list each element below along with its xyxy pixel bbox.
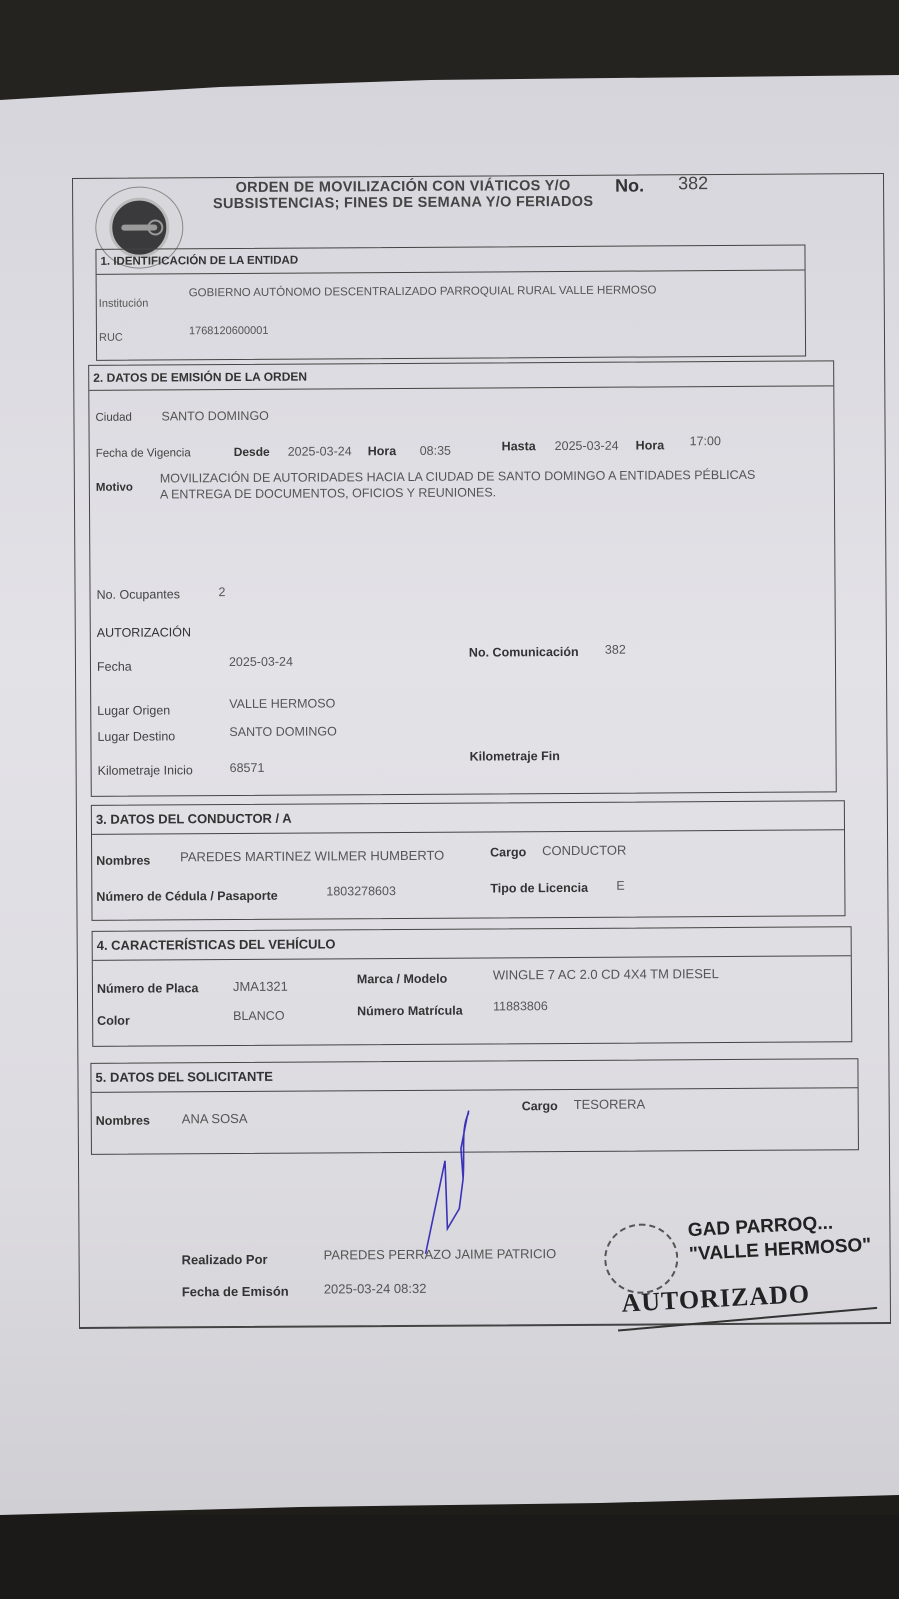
institucion-value: GOBIERNO AUTÓNOMO DESCENTRALIZADO PARROQ…: [189, 284, 657, 299]
order-number-label: No.: [615, 176, 644, 197]
comunicacion-label: No. Comunicación: [469, 645, 579, 660]
matricula-label: Número Matrícula: [357, 1004, 463, 1019]
km-inicio-value: 68571: [230, 761, 265, 775]
authorization-stamp: GAD PARROQ... "VALLE HERMOSO" AUTORIZADO: [597, 1202, 899, 1338]
comunicacion-value: 382: [605, 643, 626, 657]
section-heading: 4. CARACTERÍSTICAS DEL VEHÍCULO: [93, 927, 851, 961]
document-title: ORDEN DE MOVILIZACIÓN CON VIÁTICOS Y/O S…: [203, 178, 603, 212]
emision-value: 2025-03-24 08:32: [324, 1281, 427, 1297]
section-heading: 1. IDENTIFICACIÓN DE LA ENTIDAD: [96, 246, 804, 275]
vigencia-label: Fecha de Vigencia: [96, 447, 191, 460]
origen-label: Lugar Origen: [97, 703, 170, 717]
institucion-label: Institución: [99, 298, 149, 310]
conductor-cargo-value: CONDUCTOR: [542, 843, 626, 859]
solicitante-nombres-value: ANA SOSA: [182, 1111, 248, 1126]
ocupantes-label: No. Ocupantes: [97, 587, 180, 602]
motivo-line-1: MOVILIZACIÓN DE AUTORIDADES HACIA LA CIU…: [160, 468, 756, 486]
conductor-cargo-label: Cargo: [490, 845, 526, 859]
hora-desde-label: Hora: [368, 444, 397, 458]
autorizacion-heading: AUTORIZACIÓN: [97, 625, 191, 640]
emision-label: Fecha de Emisón: [182, 1284, 289, 1300]
motivo-line-2: A ENTREGA DE DOCUMENTOS, OFICIOS Y REUNI…: [160, 485, 496, 501]
section-vehicle-characteristics: 4. CARACTERÍSTICAS DEL VEHÍCULO Número d…: [92, 926, 853, 1047]
handwritten-signature-icon: [417, 1109, 478, 1259]
licencia-value: E: [616, 879, 624, 893]
origen-value: VALLE HERMOSO: [229, 696, 335, 711]
ciudad-label: Ciudad: [95, 412, 132, 424]
color-value: BLANCO: [233, 1009, 284, 1023]
key-emblem-icon: [121, 224, 157, 230]
placa-value: JMA1321: [233, 979, 288, 994]
cedula-value: 1803278603: [326, 884, 396, 898]
fecha-value: 2025-03-24: [229, 655, 293, 669]
cedula-label: Número de Cédula / Pasaporte: [96, 889, 277, 904]
placa-label: Número de Placa: [97, 981, 199, 996]
marca-label: Marca / Modelo: [357, 972, 447, 987]
ruc-value: 1768120600001: [189, 325, 269, 337]
hora-hasta-value: 17:00: [690, 434, 721, 448]
desde-label: Desde: [234, 445, 270, 459]
section-driver-data: 3. DATOS DEL CONDUCTOR / A Nombres PARED…: [91, 800, 846, 921]
ciudad-value: SANTO DOMINGO: [161, 409, 269, 424]
km-fin-label: Kilometraje Fin: [469, 749, 559, 764]
ruc-label: RUC: [99, 332, 123, 344]
hora-desde-value: 08:35: [420, 444, 451, 458]
solicitante-cargo-value: TESORERA: [574, 1097, 646, 1112]
conductor-nombres-label: Nombres: [96, 854, 150, 868]
hasta-value: 2025-03-24: [555, 439, 619, 453]
order-number-value: 382: [678, 173, 708, 194]
solicitante-nombres-label: Nombres: [96, 1114, 150, 1128]
section-heading: 5. DATOS DEL SOLICITANTE: [91, 1059, 857, 1093]
marca-value: WINGLE 7 AC 2.0 CD 4X4 TM DIESEL: [493, 966, 719, 982]
parish-seal-icon: [602, 1222, 680, 1296]
color-label: Color: [97, 1014, 130, 1028]
desde-value: 2025-03-24: [288, 444, 352, 458]
licencia-label: Tipo de Licencia: [490, 881, 588, 896]
section-heading: 2. DATOS DE EMISIÓN DE LA ORDEN: [89, 361, 833, 391]
solicitante-cargo-label: Cargo: [522, 1099, 558, 1113]
hasta-label: Hasta: [502, 439, 536, 453]
section-heading: 3. DATOS DEL CONDUCTOR / A: [92, 801, 844, 835]
fecha-label: Fecha: [97, 660, 132, 674]
realizado-label: Realizado Por: [182, 1252, 268, 1268]
destino-label: Lugar Destino: [97, 729, 175, 743]
stamp-text: GAD PARROQ... "VALLE HERMOSO": [687, 1210, 872, 1267]
section-order-emission: 2. DATOS DE EMISIÓN DE LA ORDEN Ciudad S…: [88, 360, 837, 797]
destino-value: SANTO DOMINGO: [229, 724, 337, 739]
section-entity-identification: 1. IDENTIFICACIÓN DE LA ENTIDAD Instituc…: [95, 245, 806, 361]
ocupantes-value: 2: [218, 585, 225, 599]
matricula-value: 11883806: [493, 999, 548, 1013]
mobilization-order-document: ORDEN DE MOVILIZACIÓN CON VIÁTICOS Y/O S…: [72, 173, 891, 1329]
km-inicio-label: Kilometraje Inicio: [98, 763, 193, 778]
conductor-nombres-value: PAREDES MARTINEZ WILMER HUMBERTO: [180, 848, 444, 865]
motivo-label: Motivo: [96, 482, 133, 494]
background-bottom: [0, 1515, 899, 1599]
hora-hasta-label: Hora: [636, 438, 665, 452]
